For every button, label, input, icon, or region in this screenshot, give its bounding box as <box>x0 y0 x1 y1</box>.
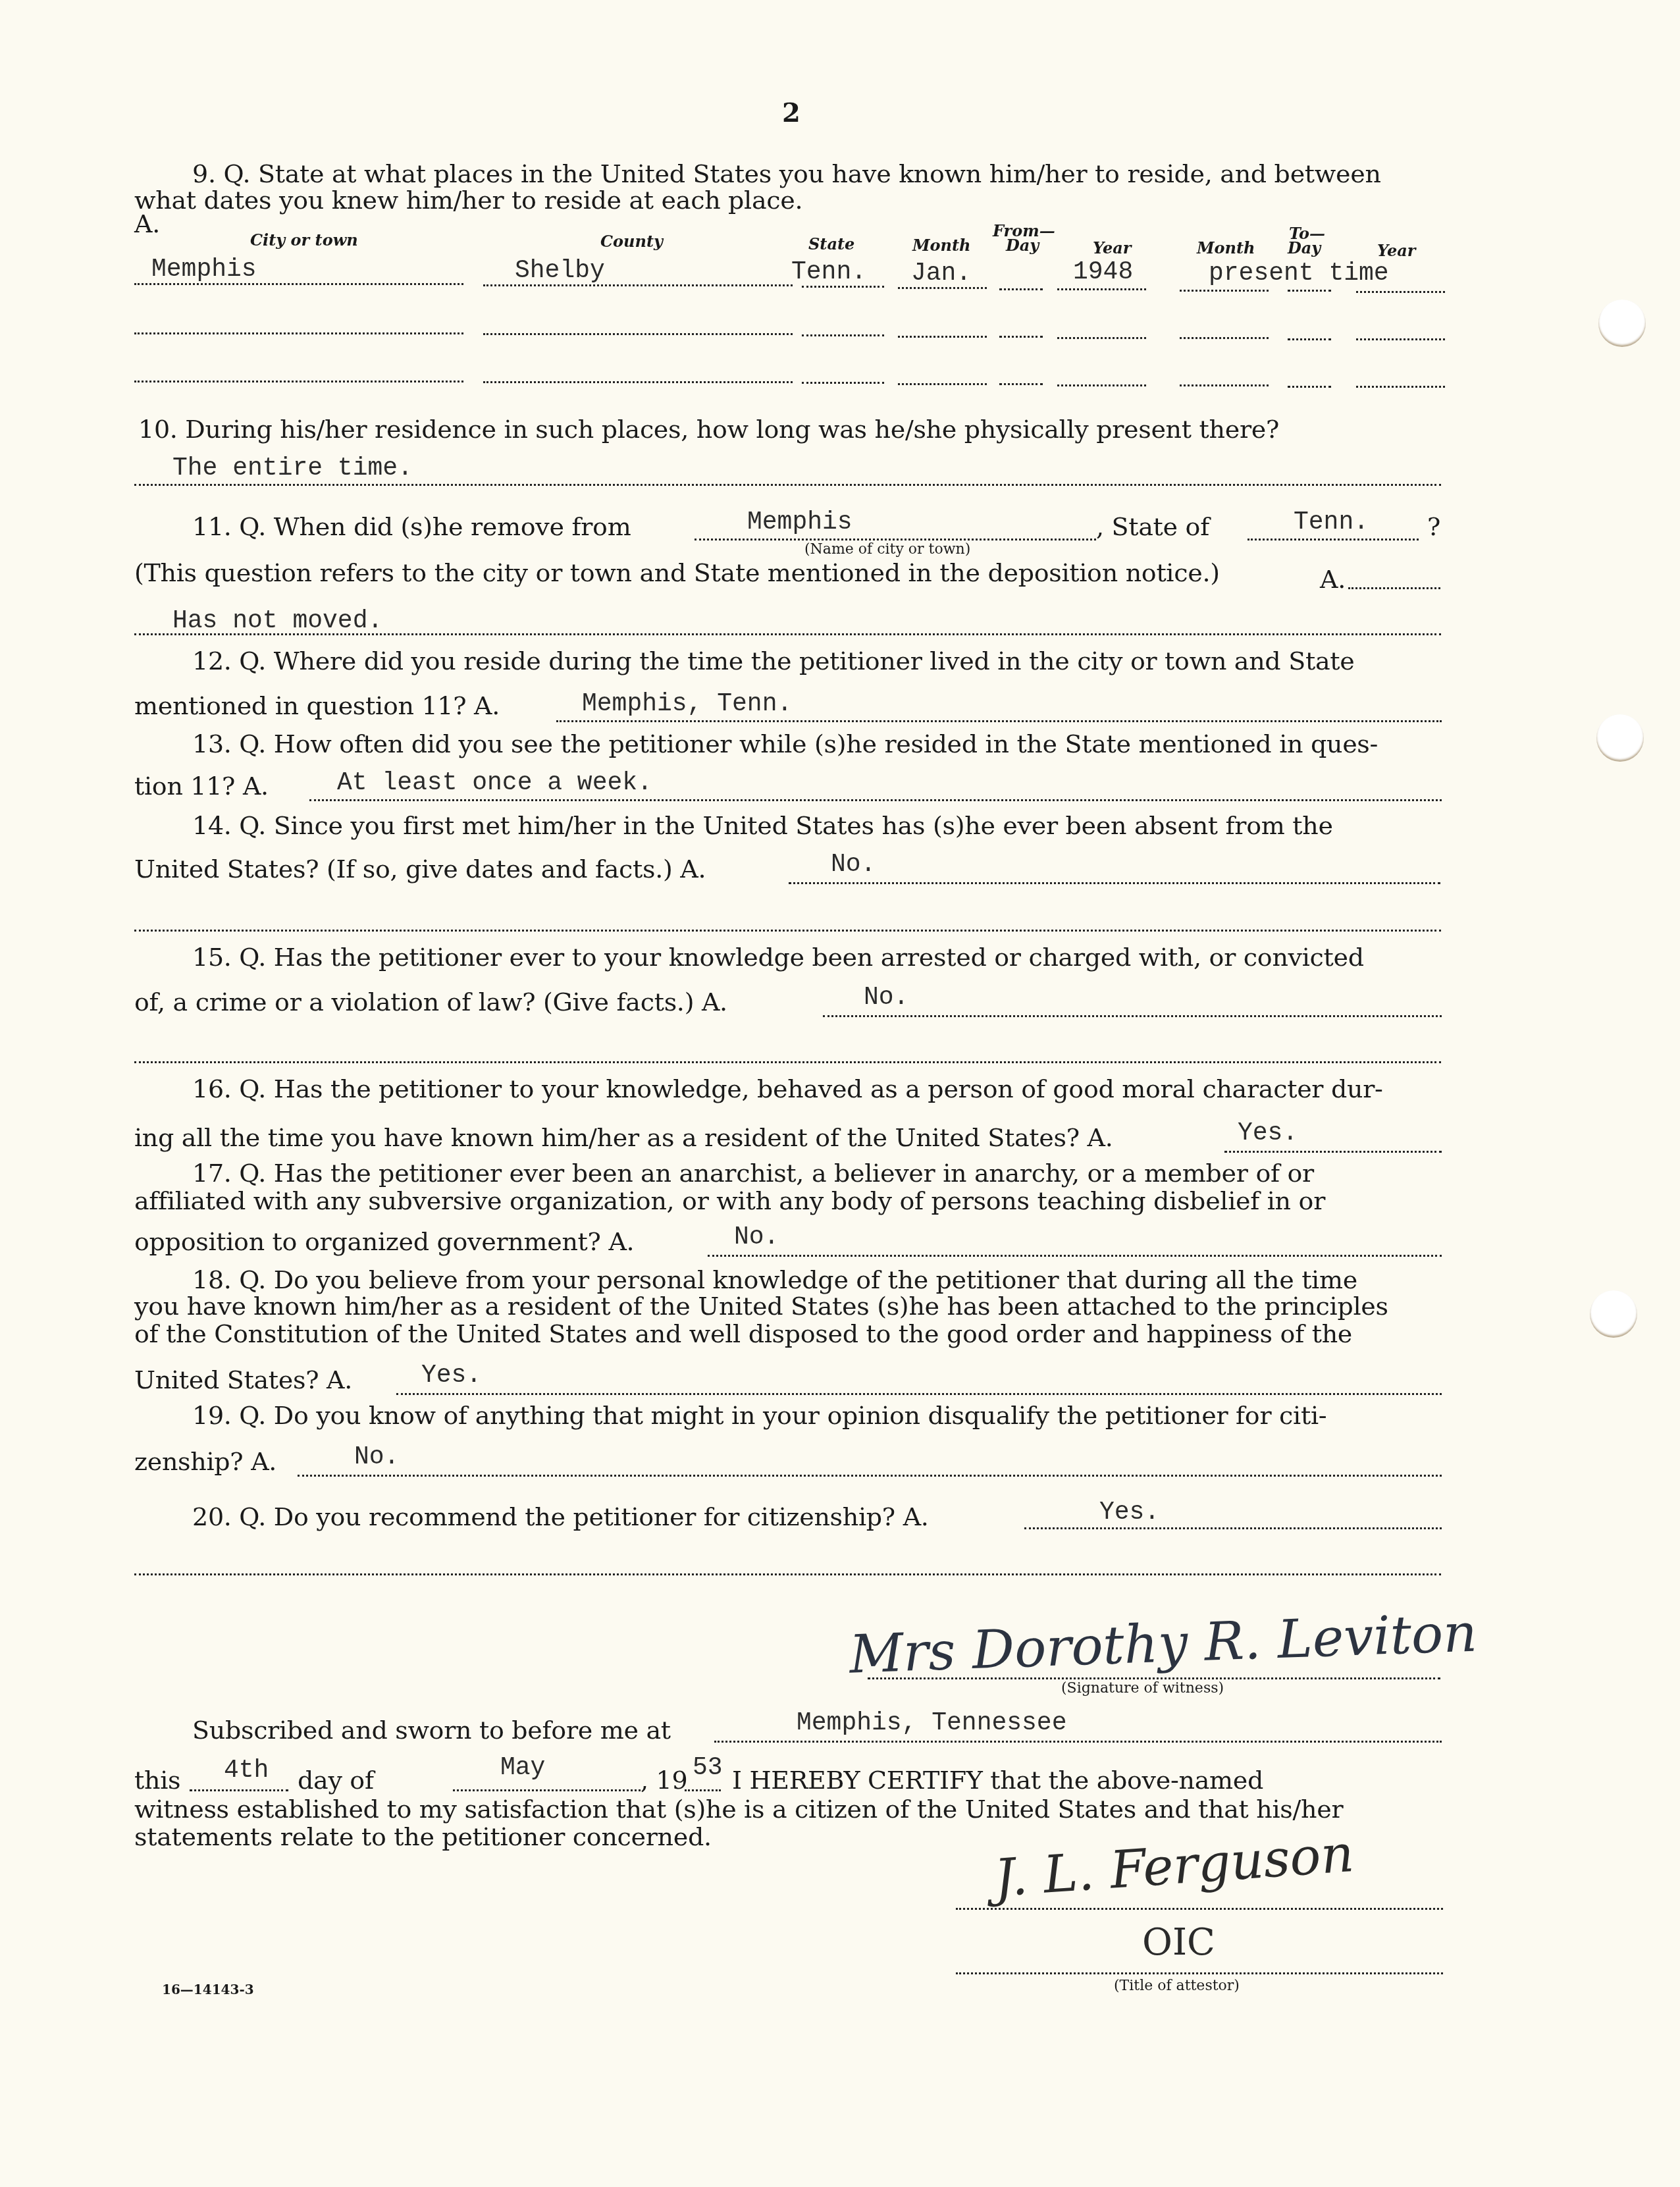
q9-header-from-day: Day <box>1006 236 1039 255</box>
q17-answer[interactable]: No. <box>734 1223 779 1252</box>
q12-answer-line <box>556 720 1442 722</box>
jurat-day-line <box>190 1789 288 1791</box>
q14-line1: 14. Q. Since you first met him/her in th… <box>192 811 1333 840</box>
q11-state[interactable]: Tenn. <box>1294 508 1369 537</box>
q9-row1-county-line <box>483 284 793 286</box>
q9-row2-from-day-line <box>999 336 1043 338</box>
q9-header-to-month: Month <box>1197 238 1255 257</box>
q9-row3-state-line <box>802 382 884 384</box>
q11-state-label: , State of <box>1096 512 1209 541</box>
q16-line1: 16. Q. Has the petitioner to your knowle… <box>192 1074 1383 1103</box>
q9-row3-to-month-line <box>1180 384 1269 386</box>
q11-answer-line <box>134 633 1441 635</box>
witness-signature[interactable]: Mrs Dorothy R. Leviton <box>849 1602 1478 1685</box>
jurat-year-line <box>685 1789 721 1791</box>
q19-answer[interactable]: No. <box>354 1443 399 1471</box>
q20-extra-line <box>134 1573 1441 1575</box>
jurat-place[interactable]: Memphis, Tennessee <box>797 1709 1066 1737</box>
q9-question-line2: what dates you knew him/her to reside at… <box>134 186 802 215</box>
q9-row3-city-line <box>134 381 463 382</box>
q9-row2-county-line <box>483 333 793 335</box>
document-page: 2 9. Q. State at what places in the Unit… <box>0 0 1680 2187</box>
q11-answer-label: A. <box>1320 565 1346 594</box>
q9-row1-city[interactable]: Memphis <box>151 255 257 284</box>
jurat-month[interactable]: May <box>500 1754 545 1782</box>
q9-row3-from-day-line <box>999 383 1043 385</box>
jurat-month-line <box>453 1789 641 1791</box>
q13-line1: 13. Q. How often did you see the petitio… <box>192 729 1378 758</box>
q9-row3-to-year-line <box>1356 386 1445 388</box>
q18-line2: you have known him/her as a resident of … <box>134 1292 1388 1321</box>
q20-answer-line <box>1024 1527 1442 1529</box>
q9-row1-state[interactable]: Tenn. <box>791 258 866 286</box>
q9-row3-to-day-line <box>1288 386 1331 388</box>
q15-line2: of, a crime or a violation of law? (Give… <box>134 988 727 1016</box>
attestor-title[interactable]: OIC <box>1142 1921 1215 1964</box>
attestor-signature-line <box>956 1908 1443 1910</box>
q15-line1: 15. Q. Has the petitioner ever to your k… <box>192 943 1364 972</box>
attestor-title-caption: (Title of attestor) <box>1114 1978 1240 1994</box>
q9-row1-to-year-line <box>1356 291 1445 293</box>
jurat-sworn-prefix: Subscribed and sworn to before me at <box>192 1716 671 1745</box>
q17-line3: opposition to organized government? A. <box>134 1227 634 1256</box>
witness-signature-line <box>868 1677 1440 1679</box>
q9-row1-from-year[interactable]: 1948 <box>1073 258 1133 286</box>
q9-row2-state-line <box>802 334 884 336</box>
q18-line4: United States? A. <box>134 1365 352 1394</box>
jurat-certify-line2: witness established to my satisfaction t… <box>134 1795 1343 1824</box>
punch-hole-top <box>1598 300 1646 347</box>
q11-city-line <box>695 539 1096 540</box>
q9-row3-from-month-line <box>898 383 987 385</box>
q17-line2: affiliated with any subversive organizat… <box>134 1186 1325 1215</box>
q9-header-city: City or town <box>250 230 358 250</box>
q11-note: (This question refers to the city or tow… <box>134 558 1220 587</box>
q14-answer[interactable]: No. <box>831 851 876 879</box>
jurat-day-of-label: day of <box>298 1766 374 1795</box>
q9-header-from-month: Month <box>912 236 971 255</box>
q10-answer-line <box>134 484 1441 486</box>
q9-row1-from-month-line <box>898 287 987 289</box>
q9-row1-county[interactable]: Shelby <box>515 257 605 285</box>
form-number: 16—14143-3 <box>162 1982 254 1997</box>
q19-line2: zenship? A. <box>134 1447 276 1476</box>
q9-row2-from-month-line <box>898 336 987 338</box>
q16-answer-line <box>1224 1151 1442 1153</box>
q18-line3: of the Constitution of the United States… <box>134 1319 1352 1348</box>
q12-line2: mentioned in question 11? A. <box>134 691 500 720</box>
q18-line1: 18. Q. Do you believe from your personal… <box>192 1265 1357 1294</box>
q9-header-state: State <box>808 234 854 253</box>
q20-line1: 20. Q. Do you recommend the petitioner f… <box>192 1502 929 1531</box>
q9-row1-to[interactable]: present time <box>1209 259 1389 288</box>
q20-answer[interactable]: Yes. <box>1099 1498 1159 1527</box>
q11-answer-label-line <box>1348 587 1440 589</box>
page-number: 2 <box>782 97 801 128</box>
witness-signature-caption: (Signature of witness) <box>1061 1680 1224 1697</box>
q12-answer[interactable]: Memphis, Tenn. <box>582 690 792 718</box>
q14-extra-line <box>134 930 1441 932</box>
q11-state-line <box>1247 539 1419 540</box>
q15-answer[interactable]: No. <box>864 984 908 1012</box>
q9-row1-to-month-line <box>1180 290 1269 292</box>
jurat-certify-line1: I HEREBY CERTIFY that the above-named <box>732 1766 1263 1795</box>
q11-city[interactable]: Memphis <box>747 508 853 537</box>
jurat-this-label: this <box>134 1766 180 1795</box>
q9-row2-to-month-line <box>1180 337 1269 339</box>
q9-header-county: County <box>600 232 663 251</box>
q18-answer[interactable]: Yes. <box>421 1361 481 1390</box>
q9-header-from-year: Year <box>1093 238 1132 257</box>
jurat-year-suffix[interactable]: 53 <box>693 1754 723 1782</box>
q17-answer-line <box>708 1255 1442 1257</box>
q10-question: 10. During his/her residence in such pla… <box>138 415 1279 444</box>
q16-line2: ing all the time you have known him/her … <box>134 1123 1113 1152</box>
q9-row2-city-line <box>134 332 463 334</box>
q9-row1-from-day-line <box>999 288 1043 290</box>
q16-answer[interactable]: Yes. <box>1238 1119 1298 1147</box>
q9-answer-label: A. <box>134 209 160 238</box>
punch-hole-lower-middle <box>1590 1290 1637 1338</box>
jurat-certify-line3: statements relate to the petitioner conc… <box>134 1822 712 1851</box>
q11-city-caption: (Name of city or town) <box>804 541 970 558</box>
q9-row2-to-year-line <box>1356 338 1445 340</box>
q15-extra-line <box>134 1061 1441 1063</box>
q11-question-prefix: 11. Q. When did (s)he remove from <box>192 512 631 541</box>
q13-line2: tion 11? A. <box>134 772 269 801</box>
attestor-title-line <box>956 1972 1443 1974</box>
q9-question-line1: 9. Q. State at what places in the United… <box>192 159 1381 188</box>
q14-answer-line <box>789 882 1440 884</box>
q13-answer[interactable]: At least once a week. <box>337 769 652 797</box>
q10-answer[interactable]: The entire time. <box>172 454 413 483</box>
q9-row3-county-line <box>483 381 793 383</box>
q12-line1: 12. Q. Where did you reside during the t… <box>192 646 1354 675</box>
q9-row2-from-year-line <box>1057 337 1146 339</box>
q9-row1-state-line <box>802 286 884 288</box>
q19-answer-line <box>298 1475 1442 1477</box>
q9-row1-to-day-line <box>1288 290 1331 292</box>
q19-line1: 19. Q. Do you know of anything that migh… <box>192 1401 1326 1430</box>
q9-row1-from-month[interactable]: Jan. <box>911 259 971 288</box>
punch-hole-upper-middle <box>1596 714 1644 762</box>
q9-row2-to-day-line <box>1288 338 1331 340</box>
q9-row3-from-year-line <box>1057 384 1146 386</box>
jurat-day[interactable]: 4th <box>224 1756 269 1785</box>
q11-answer[interactable]: Has not moved. <box>172 607 382 635</box>
q9-header-to-year: Year <box>1377 241 1416 260</box>
q9-row1-from-year-line <box>1057 288 1146 290</box>
jurat-place-line <box>714 1741 1442 1743</box>
q17-line1: 17. Q. Has the petitioner ever been an a… <box>192 1159 1314 1188</box>
attestor-signature[interactable]: J. L. Ferguson <box>993 1824 1356 1909</box>
q18-answer-line <box>396 1393 1442 1395</box>
q15-answer-line <box>823 1015 1442 1017</box>
q14-line2: United States? (If so, give dates and fa… <box>134 855 706 883</box>
q9-header-to-day: Day <box>1288 238 1321 257</box>
q13-answer-line <box>309 799 1442 801</box>
q9-row1-city-line <box>134 283 463 285</box>
jurat-year-prefix: , 19 <box>641 1766 687 1795</box>
q11-question-end: ? <box>1427 512 1440 541</box>
